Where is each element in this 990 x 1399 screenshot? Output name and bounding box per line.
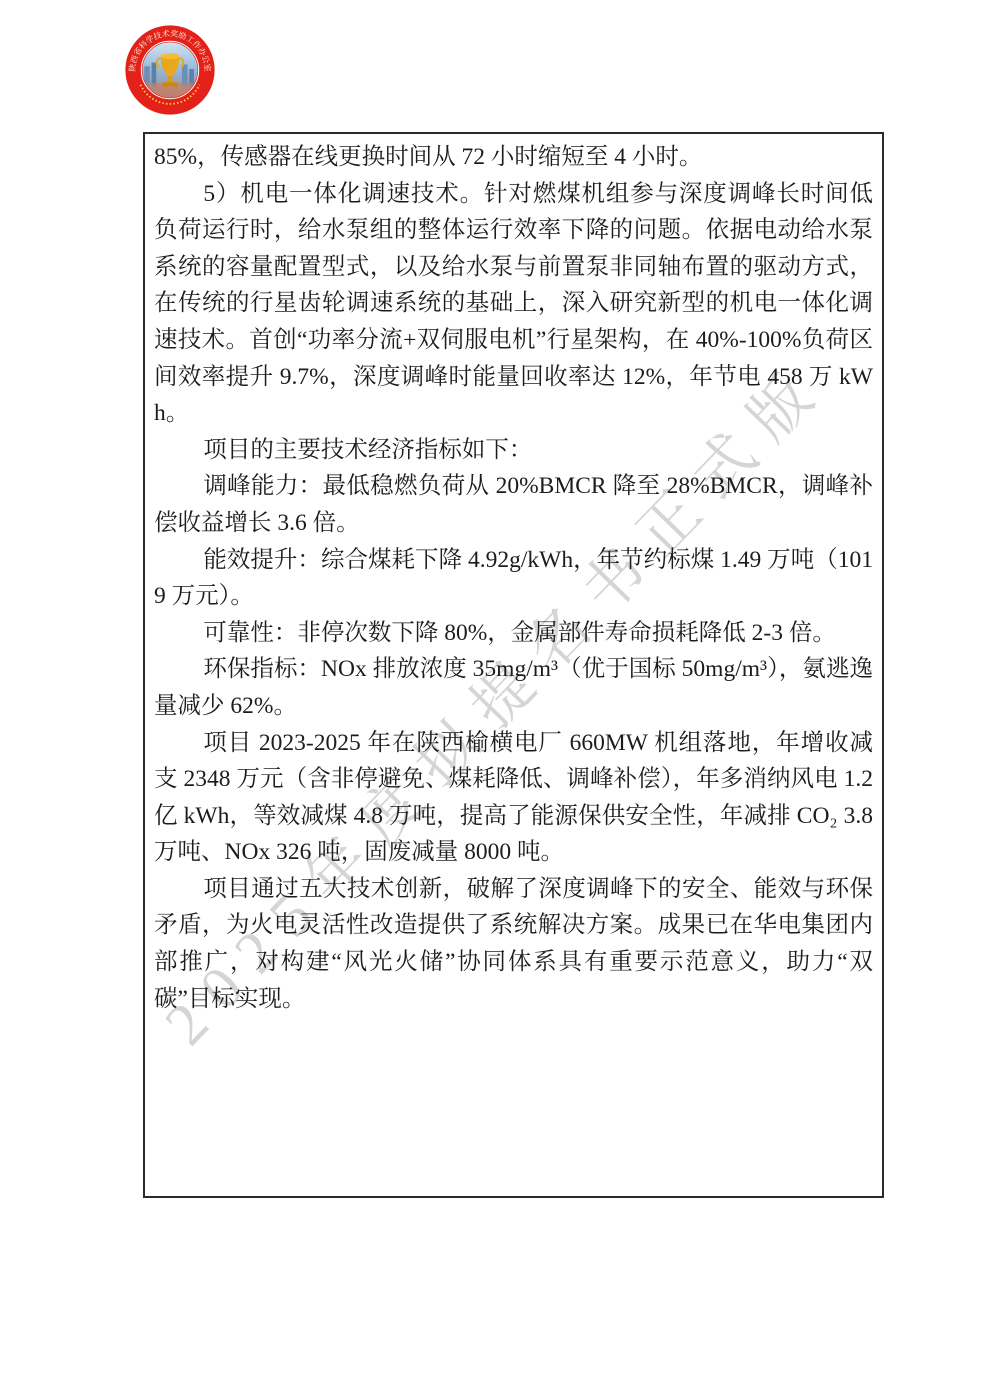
paragraph-environmental-indicators: 环保指标：NOx 排放浓度 35mg/m³（优于国标 50mg/m³），氨逃逸量… [154,651,873,724]
award-office-seal: 陕西省科学技术奖励工作办公室 [124,24,216,116]
seal-graphic: 陕西省科学技术奖励工作办公室 [124,24,216,116]
document-body: 85%，传感器在线更换时间从 72 小时缩短至 4 小时。 5）机电一体化调速技… [154,139,873,1017]
paragraph-efficiency-improvement: 能效提升：综合煤耗下降 4.92g/kWh，年节约标煤 1.49 万吨（1019… [154,542,873,615]
paragraph-indicators-intro: 项目的主要技术经济指标如下： [154,432,873,469]
paragraph-mechatronic-speed-control: 5）机电一体化调速技术。针对燃煤机组参与深度调峰长时间低负荷运行时，给水泵组的整… [154,176,873,432]
paragraph-reliability: 可靠性：非停次数下降 80%，金属部件寿命损耗降低 2-3 倍。 [154,615,873,652]
paragraph-conclusion: 项目通过五大技术创新，破解了深度调峰下的安全、能效与环保矛盾，为火电灵活性改造提… [154,871,873,1017]
paragraph-sensor-replacement: 85%，传感器在线更换时间从 72 小时缩短至 4 小时。 [154,139,873,176]
document-cell: 85%，传感器在线更换时间从 72 小时缩短至 4 小时。 5）机电一体化调速技… [143,132,884,1198]
document-page: { "seal": { "arc_text": "陕西省科学技术奖励工作办公室"… [0,0,990,1399]
paragraph-project-implementation: 项目 2023-2025 年在陕西榆横电厂 660MW 机组落地，年增收减支 2… [154,725,873,871]
paragraph-peak-shaving-capability: 调峰能力：最低稳燃负荷从 20%BMCR 降至 28%BMCR，调峰补偿收益增长… [154,468,873,541]
